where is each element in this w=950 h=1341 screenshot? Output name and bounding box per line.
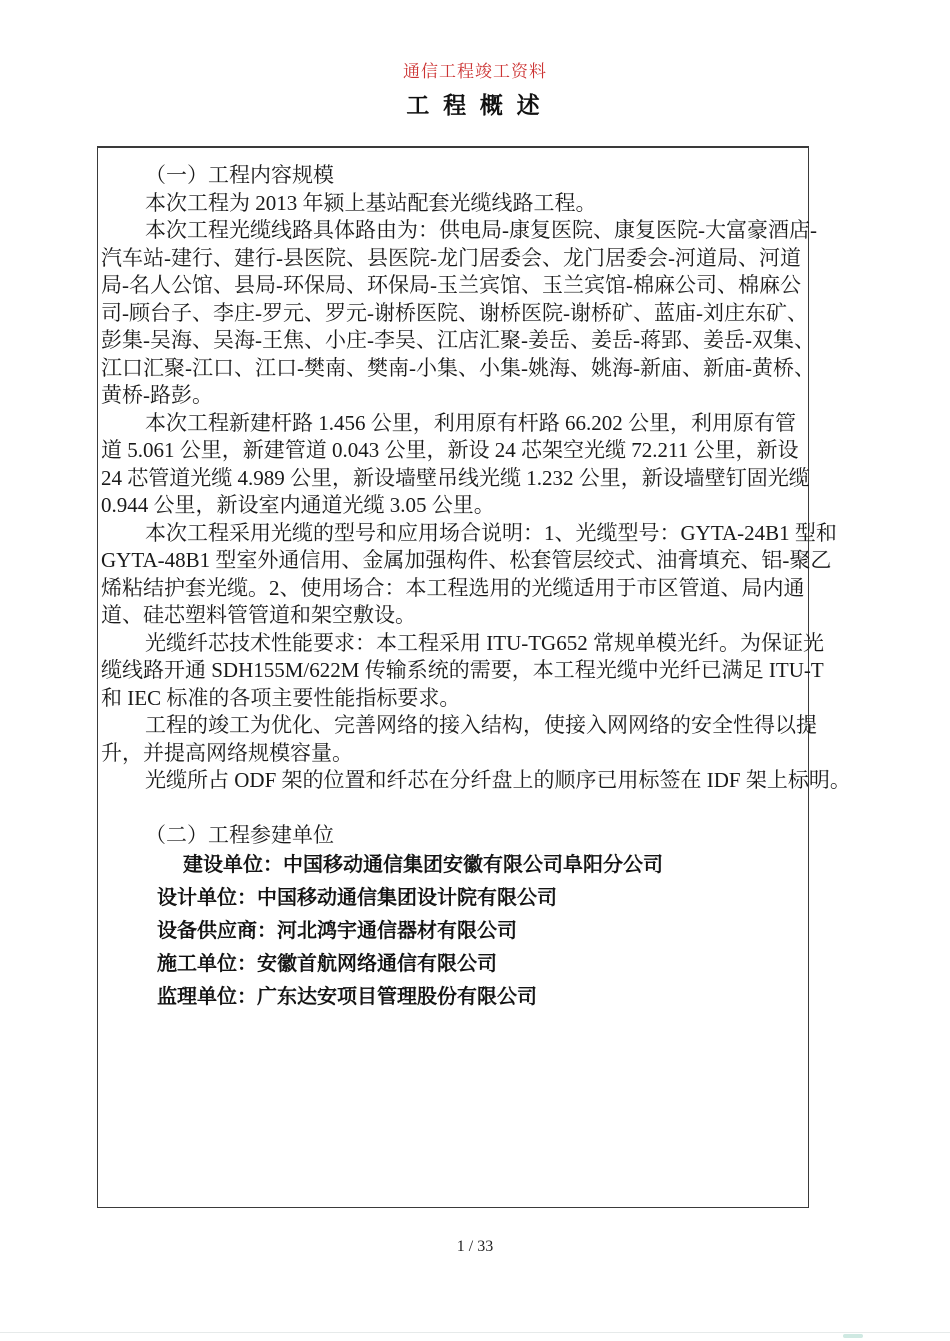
unit-line-design: 设计单位：中国移动通信集团设计院有限公司 — [101, 882, 808, 915]
unit-line-supplier: 设备供应商：河北鸿宇通信器材有限公司 — [101, 915, 808, 948]
unit-value: 中国移动通信集团设计院有限公司 — [257, 887, 557, 909]
section2-heading: （二）工程参建单位 — [101, 822, 808, 850]
body-line: 和 IEC 标准的各项主要性能指标要求。 — [101, 685, 808, 713]
page-title: 工 程 概 述 — [0, 87, 950, 120]
unit-line-contractor: 施工单位：安徽首航网络通信有限公司 — [101, 948, 808, 981]
page-number: 1 / 33 — [0, 1238, 950, 1256]
body-line: 汽车站-建行、建行-县医院、县医院-龙门居委会、龙门居委会-河道局、河道 — [101, 245, 808, 273]
bottom-teal-mark — [843, 1334, 863, 1338]
body-line: 升，并提高网络规模容量。 — [101, 740, 808, 768]
body-line: 本次工程新建杆路 1.456 公里，利用原有杆路 66.202 公里，利用原有管 — [101, 410, 808, 438]
unit-label: 监理单位： — [157, 986, 257, 1008]
body-line: 江口汇聚-江口、江口-樊南、樊南-小集、小集-姚海、姚海-新庙、新庙-黄桥、 — [101, 355, 808, 383]
document-header: 通信工程竣工资料 工 程 概 述 — [0, 57, 950, 120]
body-line: 道、硅芯塑料管管道和架空敷设。 — [101, 602, 808, 630]
body-line: GYTA-48B1 型室外通信用、金属加强构件、松套管层绞式、油膏填充、铝-聚乙 — [101, 547, 808, 575]
content-border-box: （一）工程内容规模 本次工程为 2013 年颍上基站配套光缆线路工程。 本次工程… — [97, 146, 809, 1208]
unit-value: 广东达安项目管理股份有限公司 — [257, 986, 537, 1008]
body-line: 工程的竣工为优化、完善网络的接入结构，使接入网网络的安全性得以提 — [101, 712, 808, 740]
unit-label: 施工单位： — [157, 953, 257, 975]
document-page: 通信工程竣工资料 工 程 概 述 （一）工程内容规模 本次工程为 2013 年颍… — [0, 0, 950, 1341]
body-line: 道 5.061 公里，新建管道 0.043 公里，新设 24 芯架空光缆 72.… — [101, 437, 808, 465]
unit-label: 建设单位： — [183, 854, 283, 876]
doc-subtitle: 通信工程竣工资料 — [0, 57, 950, 82]
unit-value: 安徽首航网络通信有限公司 — [257, 953, 497, 975]
bottom-divider — [0, 1332, 950, 1333]
body-line: 本次工程光缆线路具体路由为：供电局-康复医院、康复医院-大富豪酒店- — [101, 217, 808, 245]
body-line: 烯粘结护套光缆。2、使用场合：本工程选用的光缆适用于市区管道、局内通 — [101, 575, 808, 603]
unit-label: 设备供应商： — [157, 920, 277, 942]
body-line: 0.944 公里，新设室内通道光缆 3.05 公里。 — [101, 492, 808, 520]
body-line: 光缆所占 ODF 架的位置和纤芯在分纤盘上的顺序已用标签在 IDF 架上标明。 — [101, 767, 808, 795]
body-line: 缆线路开通 SDH155M/622M 传输系统的需要，本工程光缆中光纤已满足 I… — [101, 657, 808, 685]
unit-label: 设计单位： — [157, 887, 257, 909]
body-line: 本次工程为 2013 年颍上基站配套光缆线路工程。 — [101, 190, 808, 218]
body-line: 黄桥-路彭。 — [101, 382, 808, 410]
body-line: 光缆纤芯技术性能要求：本工程采用 ITU-TG652 常规单模光纤。为保证光 — [101, 630, 808, 658]
body-line: 24 芯管道光缆 4.989 公里，新设墙壁吊线光缆 1.232 公里，新设墙壁… — [101, 465, 808, 493]
body-line: 彭集-吴海、吴海-王焦、小庄-李吴、江店汇聚-姜岳、姜岳-蒋郢、姜岳-双集、 — [101, 327, 808, 355]
unit-line-supervisor: 监理单位：广东达安项目管理股份有限公司 — [101, 981, 808, 1014]
body-line: 司-顾台子、李庄-罗元、罗元-谢桥医院、谢桥医院-谢桥矿、蓝庙-刘庄东矿、 — [101, 300, 808, 328]
body-line: 本次工程采用光缆的型号和应用场合说明：1、光缆型号：GYTA-24B1 型和 — [101, 520, 808, 548]
section1-heading: （一）工程内容规模 — [101, 162, 808, 190]
body-line: 局-名人公馆、县局-环保局、环保局-玉兰宾馆、玉兰宾馆-棉麻公司、棉麻公 — [101, 272, 808, 300]
unit-value: 河北鸿宇通信器材有限公司 — [277, 920, 517, 942]
unit-value: 中国移动通信集团安徽有限公司阜阳分公司 — [283, 854, 663, 876]
unit-line-construction: 建设单位：中国移动通信集团安徽有限公司阜阳分公司 — [101, 849, 808, 882]
